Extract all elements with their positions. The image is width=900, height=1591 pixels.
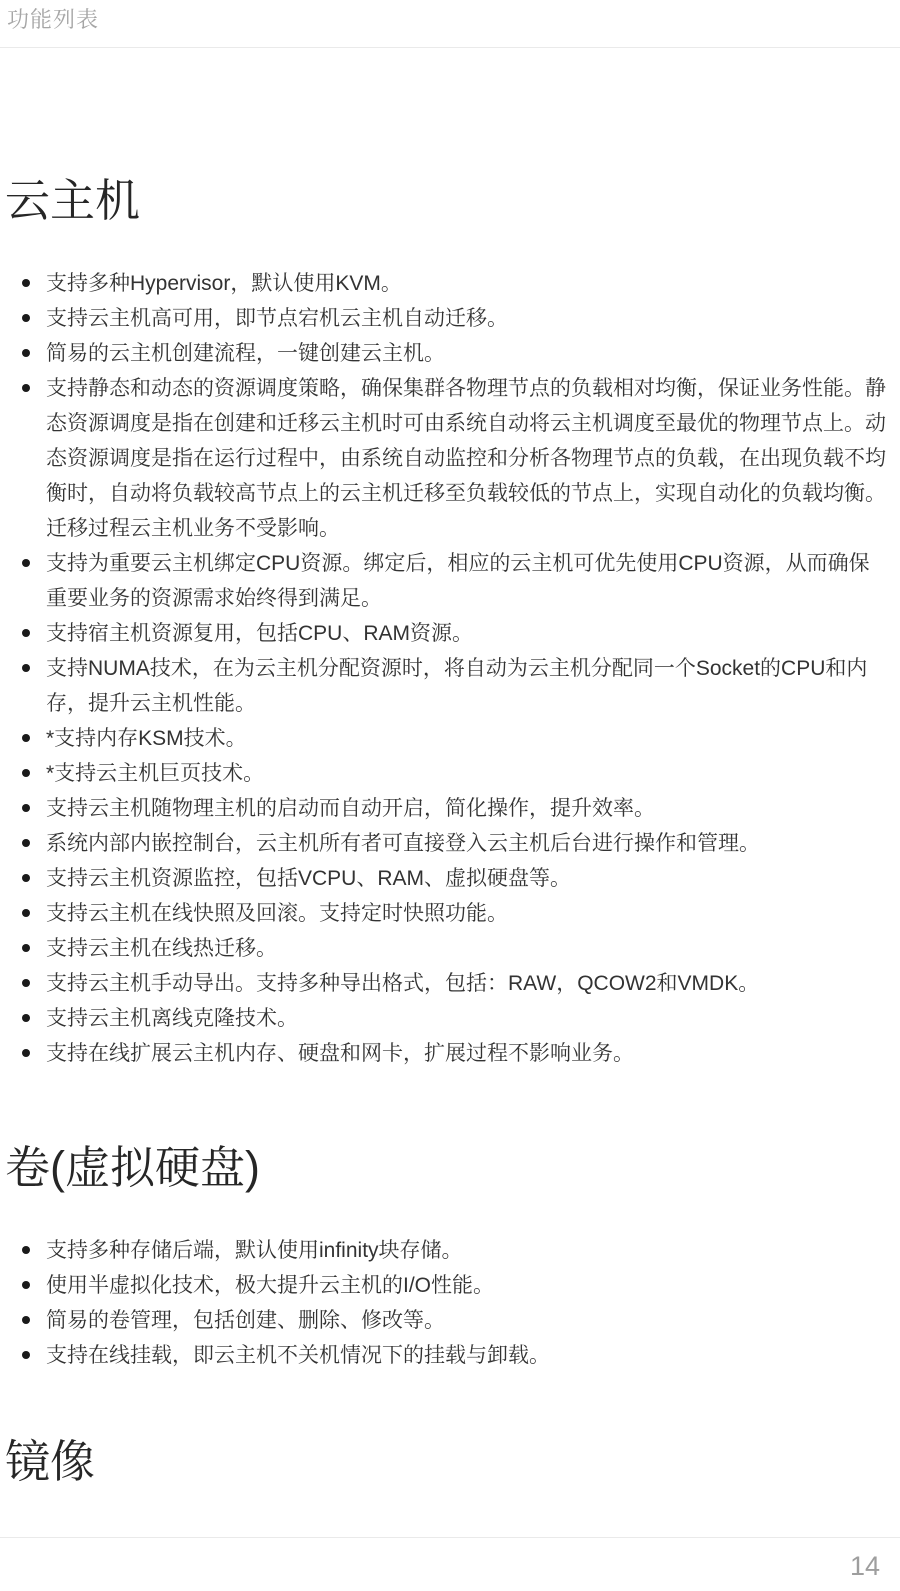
bullet-text: *支持云主机巨页技术。 — [46, 762, 264, 785]
bullet-text: 使用半虚拟化技术，极大提升云主机的I/O性能。 — [46, 1274, 494, 1297]
bullet-text: 支持为重要云主机绑定CPU资源。绑定后，相应的云主机可优先使用CPU资源，从而确… — [46, 552, 870, 610]
bullet-text: 支持多种存储后端，默认使用infinity块存储。 — [46, 1239, 463, 1262]
bullet-marker-icon — [22, 1014, 30, 1022]
bullet-text: 简易的卷管理，包括创建、删除、修改等。 — [46, 1309, 445, 1332]
page-number: 14 — [850, 1550, 880, 1582]
bullet-text: 支持云主机资源监控，包括VCPU、RAM、虚拟硬盘等。 — [46, 867, 571, 890]
section-title-cloud-host: 云主机 — [0, 174, 900, 228]
feature-bullet-item: 简易的云主机创建流程，一键创建云主机。 — [5, 336, 886, 371]
feature-bullet-item: 支持在线挂载，即云主机不关机情况下的挂载与卸载。 — [5, 1338, 886, 1373]
footer-divider — [0, 1537, 900, 1538]
feature-bullet-item: 支持云主机在线快照及回滚。支持定时快照功能。 — [5, 896, 886, 931]
feature-bullet-item: *支持云主机巨页技术。 — [5, 756, 886, 791]
bullet-marker-icon — [22, 559, 30, 567]
bullet-marker-icon — [22, 1316, 30, 1324]
bullet-text: 系统内部内嵌控制台，云主机所有者可直接登入云主机后台进行操作和管理。 — [46, 832, 760, 855]
feature-bullet-item: 支持云主机资源监控，包括VCPU、RAM、虚拟硬盘等。 — [5, 861, 886, 896]
section-title-volume: 卷(虚拟硬盘) — [0, 1141, 900, 1195]
bullet-marker-icon — [22, 1049, 30, 1057]
bullet-marker-icon — [22, 769, 30, 777]
feature-bullet-item: 支持多种Hypervisor，默认使用KVM。 — [5, 266, 886, 301]
feature-bullet-item: 支持云主机高可用，即节点宕机云主机自动迁移。 — [5, 301, 886, 336]
bullet-text: 简易的云主机创建流程，一键创建云主机。 — [46, 342, 445, 365]
bullet-marker-icon — [22, 349, 30, 357]
bullet-text: 支持云主机在线快照及回滚。支持定时快照功能。 — [46, 902, 508, 925]
bullet-text: 支持静态和动态的资源调度策略，确保集群各物理节点的负载相对均衡，保证业务性能。静… — [46, 377, 886, 540]
bullet-text: 支持云主机手动导出。支持多种导出格式，包括：RAW，QCOW2和VMDK。 — [46, 972, 759, 995]
bullet-text: *支持内存KSM技术。 — [46, 727, 247, 750]
bullet-text: 支持NUMA技术，在为云主机分配资源时，将自动为云主机分配同一个Socket的C… — [46, 657, 867, 715]
feature-bullet-item: 使用半虚拟化技术，极大提升云主机的I/O性能。 — [5, 1268, 886, 1303]
feature-bullet-item: *支持内存KSM技术。 — [5, 721, 886, 756]
bullet-marker-icon — [22, 664, 30, 672]
feature-bullet-item: 支持云主机在线热迁移。 — [5, 931, 886, 966]
bullet-text: 支持在线挂载，即云主机不关机情况下的挂载与卸载。 — [46, 1344, 550, 1367]
bullet-marker-icon — [22, 629, 30, 637]
bullet-text: 支持多种Hypervisor，默认使用KVM。 — [46, 272, 402, 295]
bullet-marker-icon — [22, 384, 30, 392]
bullet-marker-icon — [22, 979, 30, 987]
feature-bullet-item: 支持云主机随物理主机的启动而自动开启，简化操作，提升效率。 — [5, 791, 886, 826]
bullet-text: 支持云主机随物理主机的启动而自动开启，简化操作，提升效率。 — [46, 797, 655, 820]
bullet-marker-icon — [22, 314, 30, 322]
bullet-marker-icon — [22, 909, 30, 917]
bullet-marker-icon — [22, 1281, 30, 1289]
feature-bullet-item: 支持云主机手动导出。支持多种导出格式，包括：RAW，QCOW2和VMDK。 — [5, 966, 886, 1001]
feature-bullet-item: 支持静态和动态的资源调度策略，确保集群各物理节点的负载相对均衡，保证业务性能。静… — [5, 371, 886, 546]
feature-list-volume: 支持多种存储后端，默认使用infinity块存储。使用半虚拟化技术，极大提升云主… — [0, 1233, 900, 1373]
feature-bullet-item: 支持多种存储后端，默认使用infinity块存储。 — [5, 1233, 886, 1268]
bullet-marker-icon — [22, 944, 30, 952]
bullet-text: 支持在线扩展云主机内存、硬盘和网卡，扩展过程不影响业务。 — [46, 1042, 634, 1065]
bullet-marker-icon — [22, 804, 30, 812]
bullet-marker-icon — [22, 1246, 30, 1254]
feature-bullet-item: 支持云主机离线克隆技术。 — [5, 1001, 886, 1036]
bullet-text: 支持云主机在线热迁移。 — [46, 937, 277, 960]
feature-bullet-item: 支持在线扩展云主机内存、硬盘和网卡，扩展过程不影响业务。 — [5, 1036, 886, 1071]
bullet-text: 支持云主机离线克隆技术。 — [46, 1007, 298, 1030]
feature-bullet-item: 支持宿主机资源复用，包括CPU、RAM资源。 — [5, 616, 886, 651]
feature-list-cloud-host: 支持多种Hypervisor，默认使用KVM。支持云主机高可用，即节点宕机云主机… — [0, 266, 900, 1071]
section-title-image: 镜像 — [0, 1435, 900, 1489]
bullet-marker-icon — [22, 839, 30, 847]
feature-bullet-item: 简易的卷管理，包括创建、删除、修改等。 — [5, 1303, 886, 1338]
bullet-text: 支持云主机高可用，即节点宕机云主机自动迁移。 — [46, 307, 508, 330]
bullet-text: 支持宿主机资源复用，包括CPU、RAM资源。 — [46, 622, 473, 645]
feature-bullet-item: 支持NUMA技术，在为云主机分配资源时，将自动为云主机分配同一个Socket的C… — [5, 651, 886, 721]
running-header: 功能列表 — [7, 6, 99, 34]
bullet-marker-icon — [22, 279, 30, 287]
bullet-marker-icon — [22, 874, 30, 882]
bullet-marker-icon — [22, 1351, 30, 1359]
document-body: 云主机 支持多种Hypervisor，默认使用KVM。支持云主机高可用，即节点宕… — [0, 48, 900, 1489]
feature-bullet-item: 支持为重要云主机绑定CPU资源。绑定后，相应的云主机可优先使用CPU资源，从而确… — [5, 546, 886, 616]
feature-bullet-item: 系统内部内嵌控制台，云主机所有者可直接登入云主机后台进行操作和管理。 — [5, 826, 886, 861]
bullet-marker-icon — [22, 734, 30, 742]
